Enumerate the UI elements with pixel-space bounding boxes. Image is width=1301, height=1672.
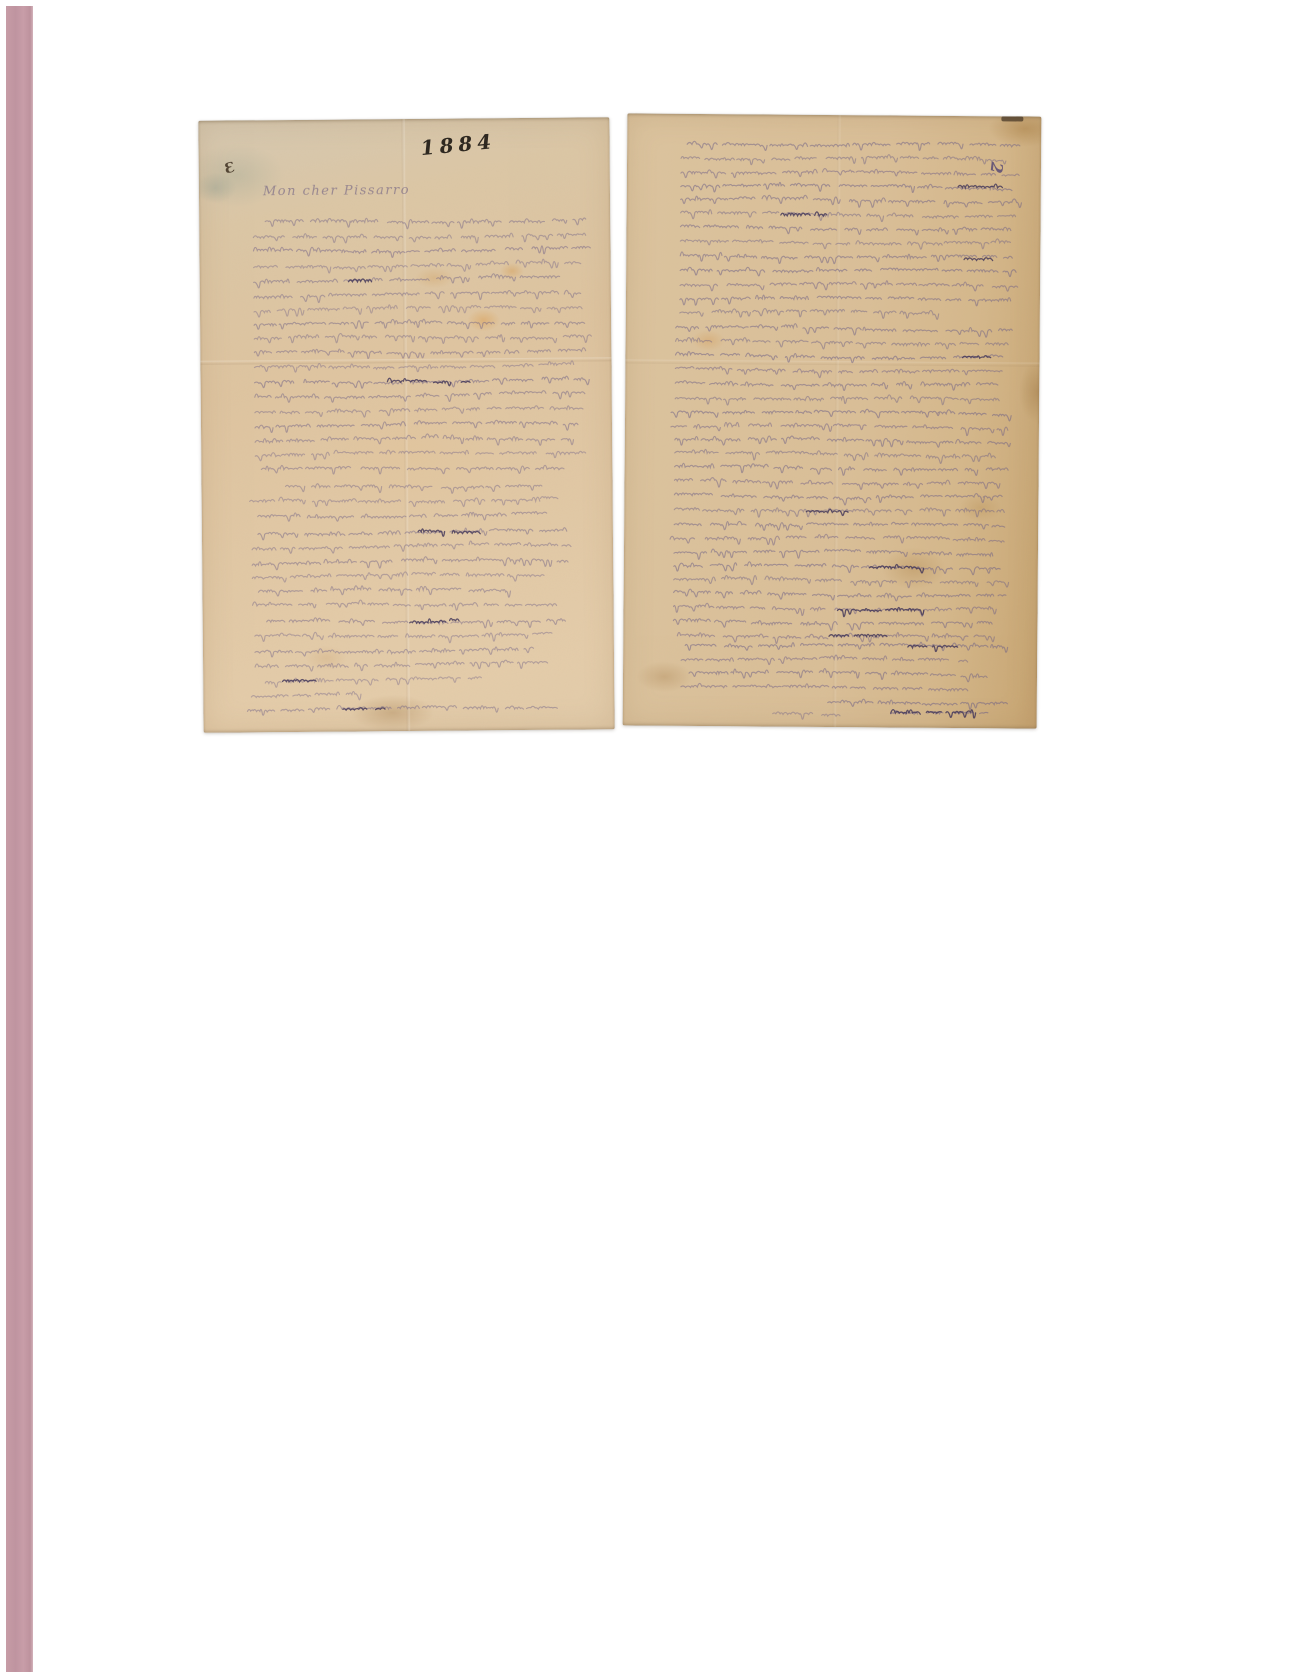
- scan-canvas: Ɛ 1884 Mon cher Pissarro 2: [0, 0, 1301, 1672]
- letter-page-1: Ɛ 1884 Mon cher Pissarro: [198, 117, 614, 733]
- left-accent-stripe: [6, 6, 33, 1672]
- handwriting-page-1: [198, 117, 614, 733]
- letter-page-2: 2: [623, 113, 1042, 728]
- handwriting-page-2: [623, 113, 1042, 728]
